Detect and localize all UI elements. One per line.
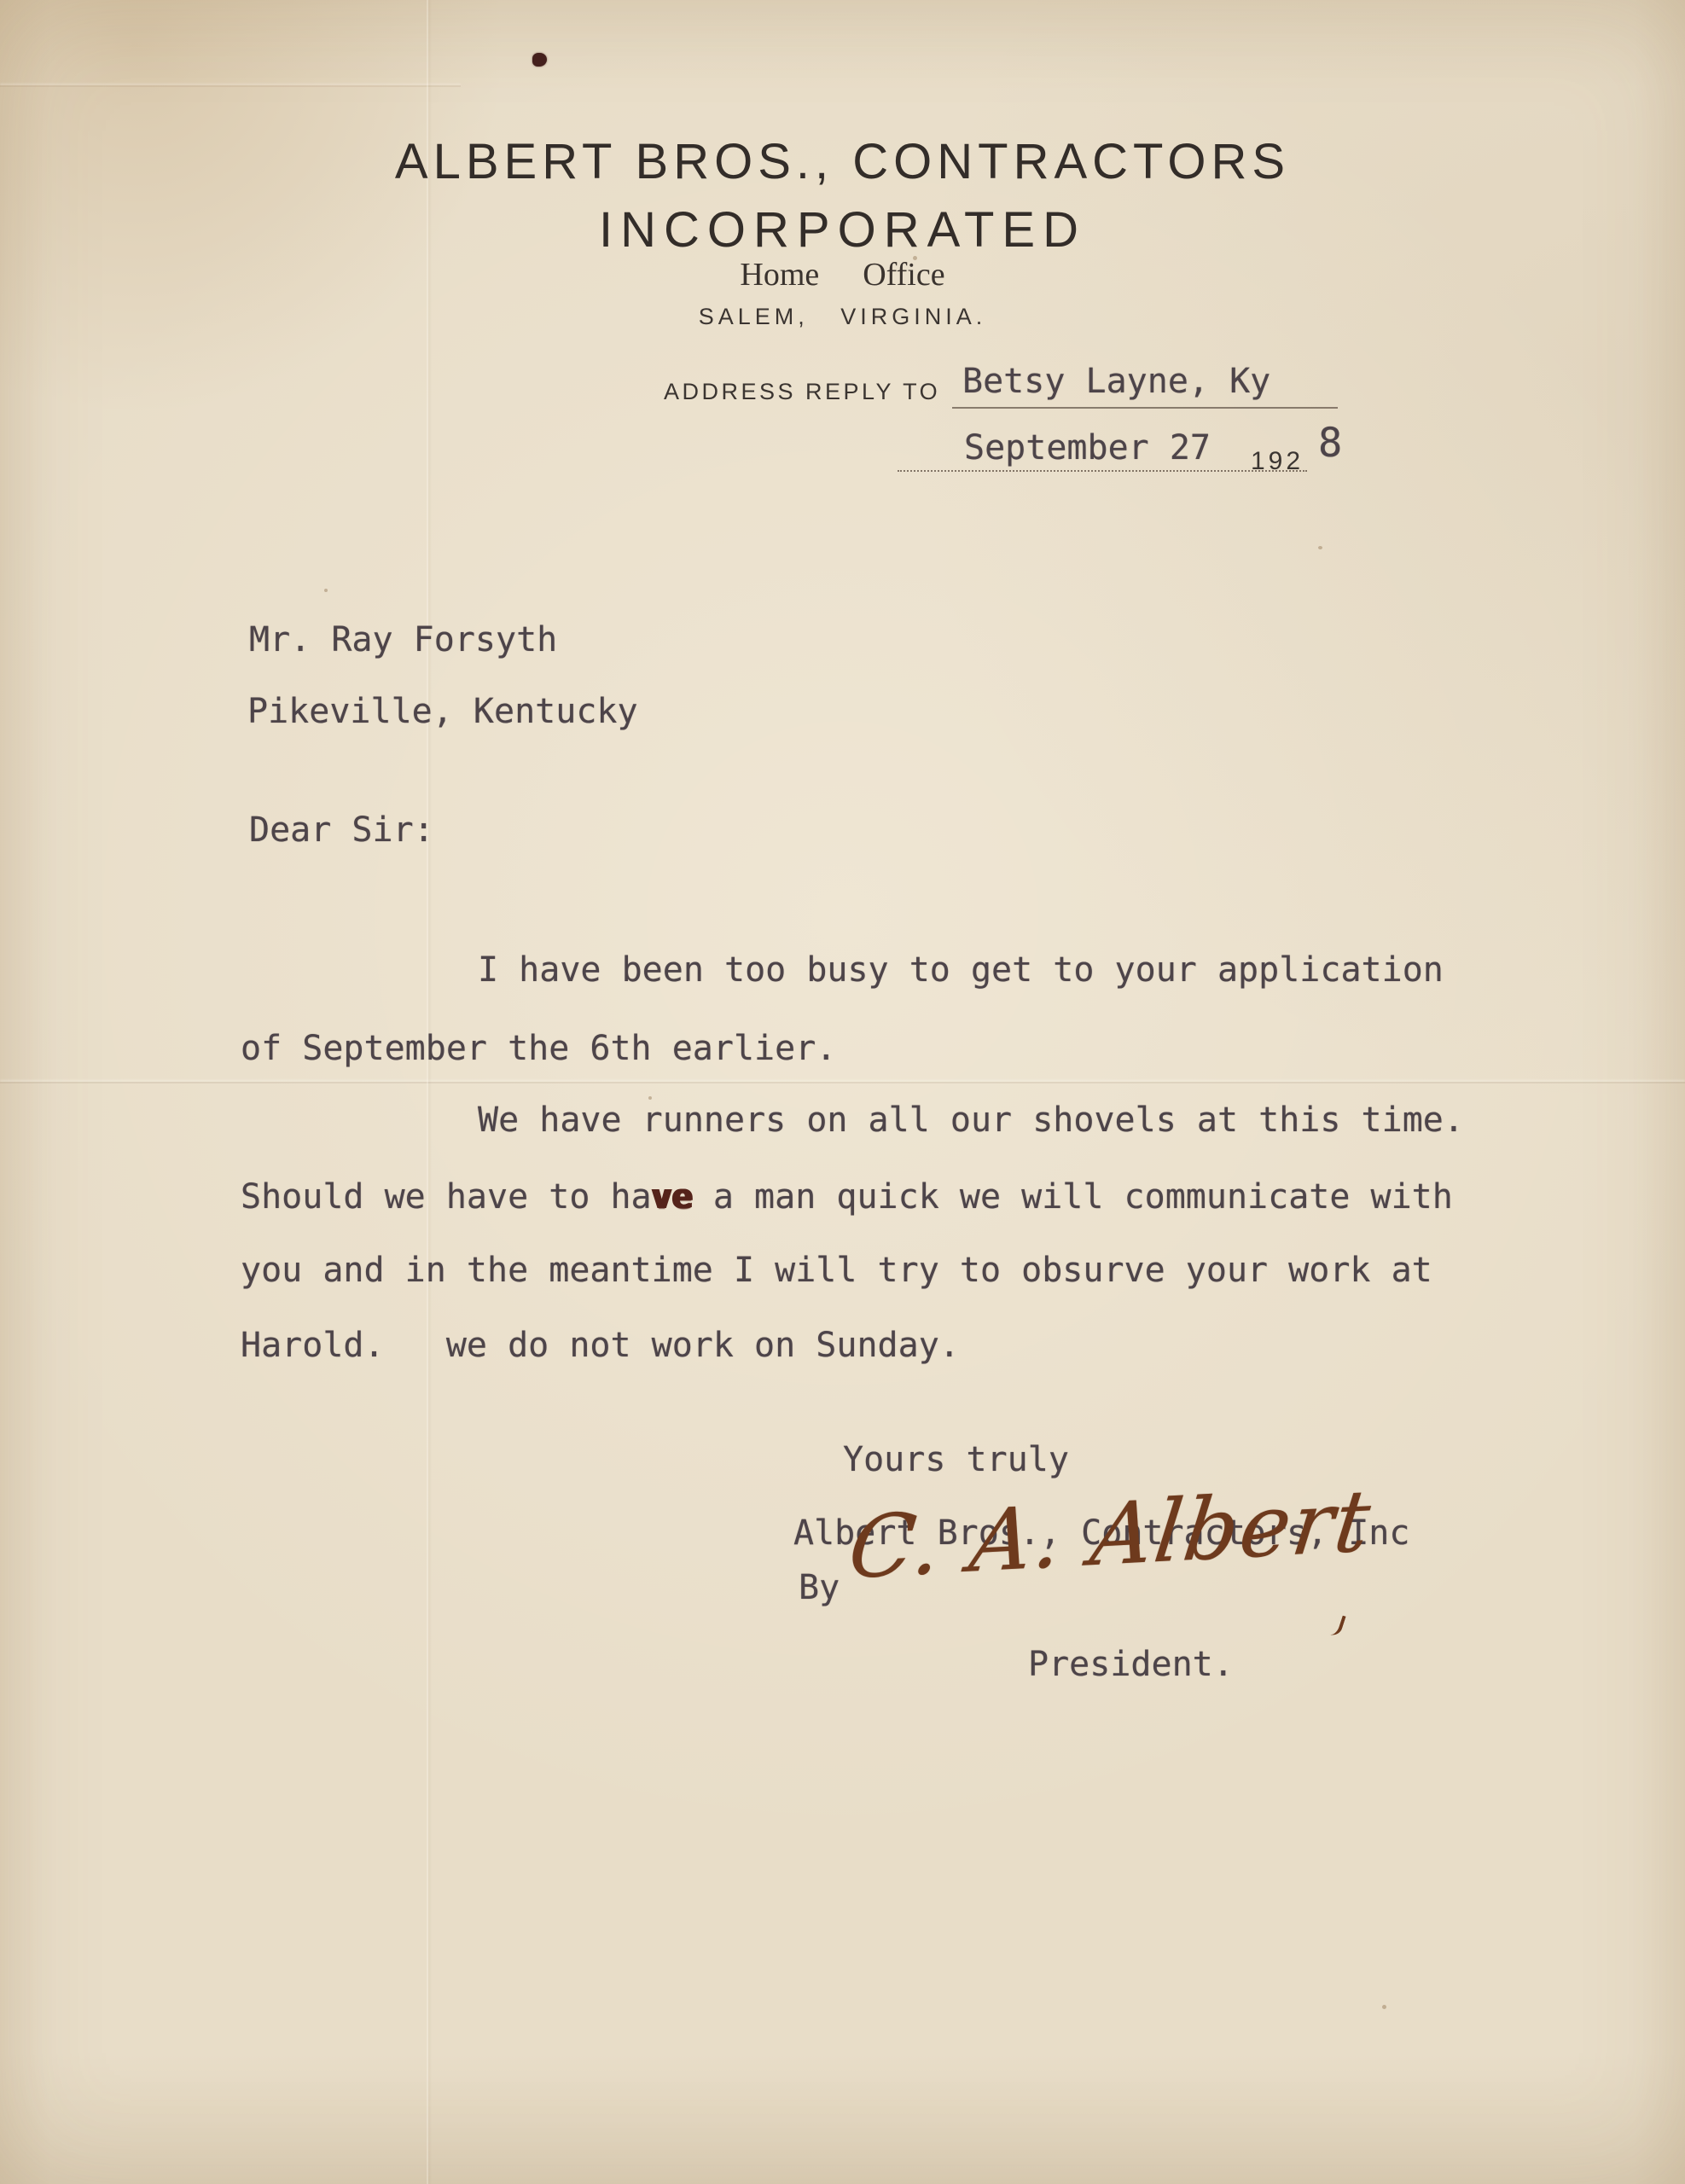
home-office-label: Home Office [0, 256, 1685, 293]
overstruck-correction: ve [652, 1177, 693, 1217]
paper-speck [1382, 2005, 1386, 2009]
pen-flourish-mark [1328, 1612, 1345, 1637]
date-underline [898, 470, 1307, 472]
paper-speck [324, 589, 328, 592]
company-location: SALEM, VIRGINIA. [0, 304, 1685, 330]
body-line: of September the 6th earlier. [241, 1029, 836, 1068]
by-label: By [799, 1568, 840, 1607]
valediction: Yours truly [843, 1440, 1069, 1479]
signature-handwritten: C. A. Albert [844, 1471, 1377, 1599]
salutation: Dear Sir: [249, 810, 434, 850]
body-line: I have been too busy to get to your appl… [478, 950, 1444, 990]
body-text: a man quick we will communicate with [693, 1177, 1453, 1217]
reply-to-value: Betsy Layne, Ky [962, 362, 1270, 401]
body-line: you and in the meantime I will try to ob… [241, 1251, 1432, 1290]
body-text: Should we have to ha [241, 1177, 652, 1217]
address-reply-label: ADDRESS REPLY TO [664, 379, 940, 405]
company-incorporated: INCORPORATED [0, 201, 1685, 258]
recipient-name: Mr. Ray Forsyth [249, 620, 557, 659]
body-line: We have runners on all our shovels at th… [478, 1101, 1464, 1140]
year-printed-prefix: 192 [1251, 447, 1304, 476]
date-typed: September 27 [964, 428, 1211, 468]
body-line: Should we have to have a man quick we wi… [241, 1177, 1453, 1217]
year-typed-digit: 8 [1318, 420, 1342, 467]
company-name: ALBERT BROS., CONTRACTORS [0, 133, 1685, 190]
horizontal-fold-crease-top [0, 85, 461, 87]
signer-title: President. [1028, 1645, 1234, 1684]
ink-spot [532, 53, 547, 67]
body-line: Harold. we do not work on Sunday. [241, 1326, 960, 1365]
letter-page: ALBERT BROS., CONTRACTORS INCORPORATED H… [0, 0, 1685, 2184]
horizontal-fold-crease [0, 1082, 1685, 1083]
paper-speck [648, 1096, 652, 1100]
recipient-address: Pikeville, Kentucky [247, 692, 638, 731]
paper-speck [1318, 546, 1322, 549]
reply-to-underline [952, 407, 1338, 409]
